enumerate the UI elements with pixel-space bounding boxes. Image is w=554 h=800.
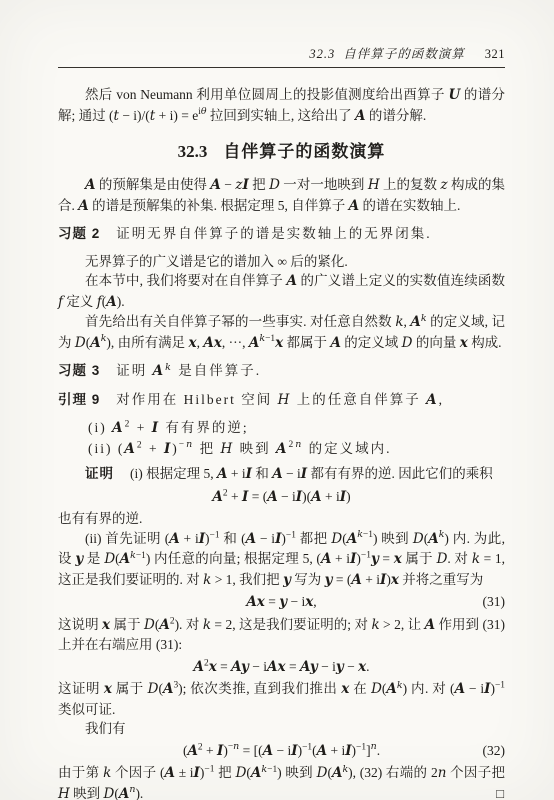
proof-text: (i) 根据定理 5, A + iI 和 A − iI 都有有界的逆. 因此它们… <box>130 466 493 481</box>
proof-paragraph: 证明(i) 根据定理 5, A + iI 和 A − iI 都有有界的逆. 因此… <box>58 464 505 485</box>
paragraph-von-neumann: 然后 von Neumann 利用单位圆周上的投影值测度给出酉算子 U 的谱分解… <box>58 85 505 126</box>
paragraph-operator-powers: 首先给出有关自伴算子幂的一些事实. 对任意自然数 k, Ak 的定义域, 记为 … <box>58 312 505 353</box>
paragraph-we-have: 我们有 <box>58 719 505 739</box>
paragraph-part-ii: (ii) 首先证明 (A + iI)−1 和 (A − iI)−1 都把 D(A… <box>58 529 505 591</box>
section-heading-number: 32.3 <box>178 142 208 161</box>
qed-box: □ <box>496 784 504 800</box>
page-number: 321 <box>485 47 505 61</box>
equation-product-formula: A2 + I = (A − iI)(A + iI) <box>212 489 350 504</box>
equation-32-number: (32) <box>483 741 506 761</box>
book-page: 32.3自伴算子的函数演算 321 然后 von Neumann 利用单位圆周上… <box>0 0 554 800</box>
running-head: 32.3自伴算子的函数演算 321 <box>58 47 505 61</box>
exercise-2-label: 习题 2 <box>58 226 100 241</box>
paragraph-k-equals-2: 这说明 x 属于 D(A2). 对 k = 2, 这是我们要证明的; 对 k >… <box>58 615 505 655</box>
exercise-2: 习题 2证明无界自伴算子的谱是实数轴上的无界闭集. <box>58 224 505 244</box>
equation-32: (A2 + I)−n = [(A − iI)−1(A + iI)−1]n. (3… <box>58 741 505 762</box>
exercise-3-text: 证明 Ak 是自伴算子. <box>116 363 261 378</box>
equation-31: Ax = y − ix, (31) <box>58 592 505 613</box>
equation-product: A2 + I = (A − iI)(A + iI) <box>58 487 505 508</box>
lemma-9-statement: 对作用在 Hilbert 空间 H 上的任意自伴算子 A, <box>116 392 444 407</box>
paragraph-final-text: 由于第 k 个因子 (A ± iI)−1 把 D(Ak−1) 映到 D(Ak),… <box>58 765 505 800</box>
running-head-section-number: 32.3 <box>309 47 335 61</box>
exercise-3-label: 习题 3 <box>58 363 100 378</box>
lemma-9-item-i: (i) A2 + I 有有界的逆; <box>58 418 505 439</box>
paragraph-resolvent-set: A 的预解集是由使得 A − zI 把 D 一对一地映到 H 上的复数 z 构成… <box>58 175 505 216</box>
paragraph-section-goal: 在本节中, 我们将要对在自伴算子 A 的广义谱上定义的实数值连续函数 f 定义 … <box>58 271 505 312</box>
exercise-3: 习题 3证明 Ak 是自伴算子. <box>58 361 505 382</box>
lemma-9-item-ii: (ii) (A2 + I)−n 把 H 映到 A2n 的定义域内. <box>58 439 505 460</box>
running-head-section: 32.3自伴算子的函数演算 <box>309 47 464 61</box>
equation-a2x-formula: A2x = Ay − iAx = Ay − iy − x. <box>193 659 369 674</box>
lemma-9: 引理 9对作用在 Hilbert 空间 H 上的任意自伴算子 A, <box>58 390 505 411</box>
header-rule <box>58 67 505 68</box>
proof-label: 证明 <box>85 466 114 481</box>
equation-31-number: (31) <box>483 592 506 612</box>
paragraph-generalized-spectrum: 无界算子的广义谱是它的谱加入 ∞ 后的紧化. <box>58 252 505 272</box>
section-heading-title: 自伴算子的函数演算 <box>223 142 385 161</box>
exercise-2-text: 证明无界自伴算子的谱是实数轴上的无界闭集. <box>116 226 431 241</box>
section-heading: 32.3自伴算子的函数演算 <box>58 141 505 163</box>
lemma-9-label: 引理 9 <box>58 392 100 407</box>
paragraph-also-bounded: 也有有界的逆. <box>58 509 505 529</box>
paragraph-induction: 这证明 x 属于 D(A3); 依次类推, 直到我们推出 x 在 D(Ak) 内… <box>58 679 505 719</box>
equation-32-formula: (A2 + I)−n = [(A − iI)−1(A + iI)−1]n. <box>183 743 380 758</box>
page-content: 32.3自伴算子的函数演算 321 然后 von Neumann 利用单位圆周上… <box>58 47 505 800</box>
equation-a2x: A2x = Ay − iAx = Ay − iy − x. <box>58 657 505 678</box>
equation-31-formula: Ax = y − ix, <box>246 594 316 609</box>
paragraph-final: 由于第 k 个因子 (A ± iI)−1 把 D(Ak−1) 映到 D(Ak),… <box>58 763 505 800</box>
running-head-section-title: 自伴算子的函数演算 <box>343 47 465 61</box>
